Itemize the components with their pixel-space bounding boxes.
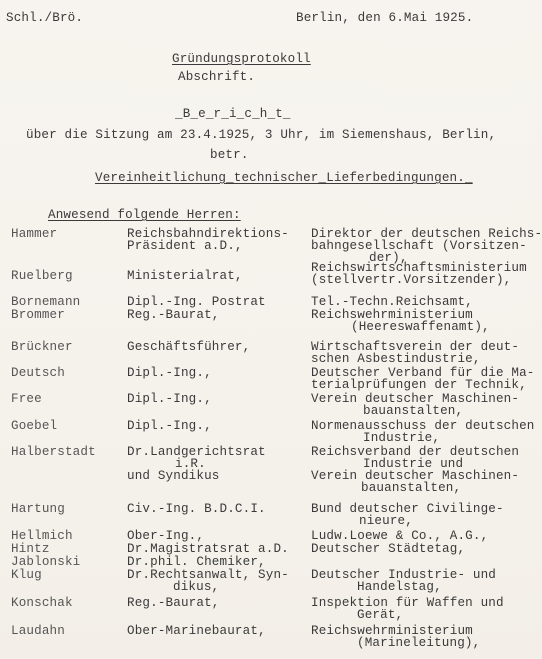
attendee-title: Dipl.-Ing.,	[127, 420, 212, 432]
attendee-name: Laudahn	[11, 625, 65, 637]
document-subtitle: Abschrift.	[178, 71, 255, 83]
document-page: Schl./Brö. Berlin, den 6.Mai 1925. Gründ…	[0, 0, 542, 659]
attendee-title: Dipl.-Ing.,	[127, 393, 212, 405]
attendee-title: Geschäftsführer,	[127, 341, 250, 353]
report-line-1: über die Sitzung am 23.4.1925, 3 Uhr, im…	[26, 129, 496, 141]
attendee-name: Klug	[11, 569, 42, 581]
attendee-name: Hammer	[11, 228, 57, 240]
place-date: Berlin, den 6.Mai 1925.	[296, 12, 473, 24]
attendee-title: Präsident a.D.,	[127, 240, 243, 252]
attendee-name: Hartung	[11, 503, 65, 515]
attendee-title: Ministerialrat,	[127, 270, 243, 282]
attendee-organization: Ludw.Loewe & Co., A.G.,	[311, 530, 488, 542]
attendee-title: Ober-Ing.,	[127, 530, 204, 542]
attendee-organization: Deutscher Städtetag,	[311, 543, 465, 555]
attendee-organization: Tel.-Techn.Reichsamt,	[311, 296, 473, 308]
attendee-title: Civ.-Ing. B.D.C.I.	[127, 503, 266, 515]
attendee-name: Ruelberg	[11, 270, 73, 282]
attendee-title: dikus,	[173, 581, 219, 593]
attendee-name: Brückner	[11, 341, 73, 353]
attendee-organization: (stellvertr.Vorsitzender),	[311, 274, 511, 286]
attendee-name: Halberstadt	[11, 446, 96, 458]
attendee-organization: bahngesellschaft (Vorsitzen-	[311, 240, 527, 252]
attendee-title: Dr.Magistratsrat a.D.	[127, 543, 289, 555]
attendee-name: Bornemann	[11, 296, 80, 308]
attendee-organization: bauanstalten,	[361, 482, 461, 494]
attendee-organization: Handelstag,	[357, 581, 442, 593]
attendees-heading: Anwesend folgende Herren:	[48, 209, 241, 221]
attendee-title: Ober-Marinebaurat,	[127, 625, 266, 637]
attendee-title: und Syndikus	[127, 470, 220, 482]
report-line-2: betr.	[210, 149, 249, 161]
attendee-title: Dipl.-Ing. Postrat	[127, 296, 266, 308]
attendee-name: Deutsch	[11, 367, 65, 379]
attendee-organization: Inspektion für Waffen und	[311, 597, 504, 609]
document-title: Gründungsprotokoll	[172, 53, 311, 65]
attendee-title: Reg.-Baurat,	[127, 597, 220, 609]
attendee-name: Brommer	[11, 309, 65, 321]
attendee-title: Dr.phil. Chemiker,	[127, 556, 266, 568]
reference-code: Schl./Brö.	[6, 12, 83, 24]
attendee-title: Dipl.-Ing.,	[127, 367, 212, 379]
attendee-name: Hellmich	[11, 530, 73, 542]
report-heading: _B_e_r_i_c_h_t_	[175, 108, 291, 120]
attendee-organization: nieure,	[359, 515, 413, 527]
attendee-organization: (Marineleitung),	[357, 637, 480, 649]
attendee-organization: terialprüfungen der Technik,	[311, 379, 527, 391]
report-subject: Vereinheitlichung_technischer_Lieferbedi…	[95, 172, 473, 184]
attendee-name: Jablonski	[11, 556, 80, 568]
attendee-name: Hintz	[11, 543, 50, 555]
attendee-name: Goebel	[11, 420, 57, 432]
attendee-name: Konschak	[11, 597, 73, 609]
attendee-organization: schen Asbestindustrie,	[311, 353, 481, 365]
attendee-title: Reg.-Baurat,	[127, 309, 220, 321]
attendee-organization: (Heereswaffenamt),	[351, 321, 490, 333]
attendee-name: Free	[11, 393, 42, 405]
attendee-organization: Gerät,	[357, 609, 403, 621]
attendee-organization: bauanstalten,	[363, 405, 463, 417]
attendee-organization: Industrie,	[363, 432, 440, 444]
